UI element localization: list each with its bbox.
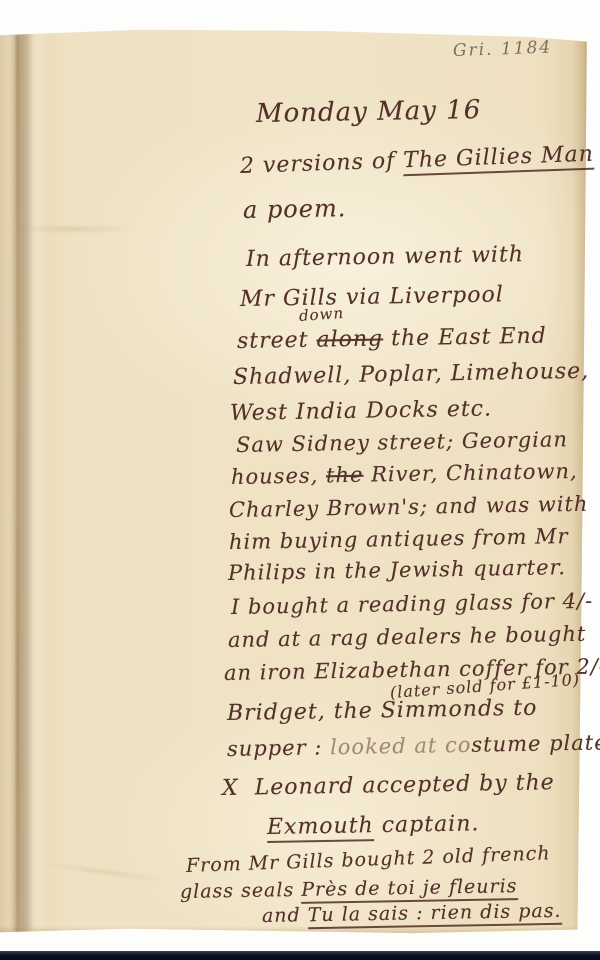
paper-crease-upper xyxy=(0,224,150,234)
line-afternoon-2: Mr Gills via Liverpool xyxy=(240,283,504,312)
supper2-post: stume plates. xyxy=(471,730,600,757)
street-struck-word: along xyxy=(316,326,383,352)
seals2-pre: glass seals xyxy=(180,879,302,903)
saw2-struck-word: the xyxy=(326,463,364,488)
leonard1-text: Leonard accepted by the xyxy=(254,770,554,800)
line-heading-date: Monday May 16 xyxy=(256,96,482,129)
line-heading-poem: a poem. xyxy=(243,195,347,223)
exmouth-underlined: Exmouth xyxy=(267,813,374,843)
saw2-pre: houses, xyxy=(231,463,326,489)
line-afternoon-1: In afternoon went with xyxy=(246,243,524,272)
line-seals-3: and Tu la sais : rien dis pas. xyxy=(262,901,562,927)
line-places-2: West India Docks etc. xyxy=(230,397,492,426)
saw2-post: River, Chinatown, xyxy=(363,459,578,487)
inserted-word-down: down xyxy=(298,305,344,325)
street-pre: street xyxy=(237,328,317,354)
line-leonard-2: Exmouth captain. xyxy=(267,812,480,840)
paper-fold-crease xyxy=(8,28,50,934)
street-post: the East End xyxy=(383,324,547,352)
catalog-number: Gri. 1184 xyxy=(453,39,553,61)
supper2-faded-ink: looked at co xyxy=(330,733,472,759)
scanned-page: Gri. 1184 Monday May 16 2 versions of Th… xyxy=(0,0,600,960)
scanner-edge-band xyxy=(0,951,600,960)
seals3-pre: and xyxy=(262,904,308,927)
leonard2-post: captain. xyxy=(374,811,480,838)
french-motto-1-underlined: Près de toi je fleuris xyxy=(301,875,518,904)
line-seals-2: glass seals Près de toi je fleuris xyxy=(180,876,518,903)
supper2-pre: supper : xyxy=(227,735,330,761)
paper-edge-bottom xyxy=(0,926,588,934)
french-motto-2-underlined: Tu la sais : rien dis pas. xyxy=(308,900,562,929)
margin-x-mark: X xyxy=(222,777,239,801)
paper-fold-line xyxy=(16,28,19,934)
